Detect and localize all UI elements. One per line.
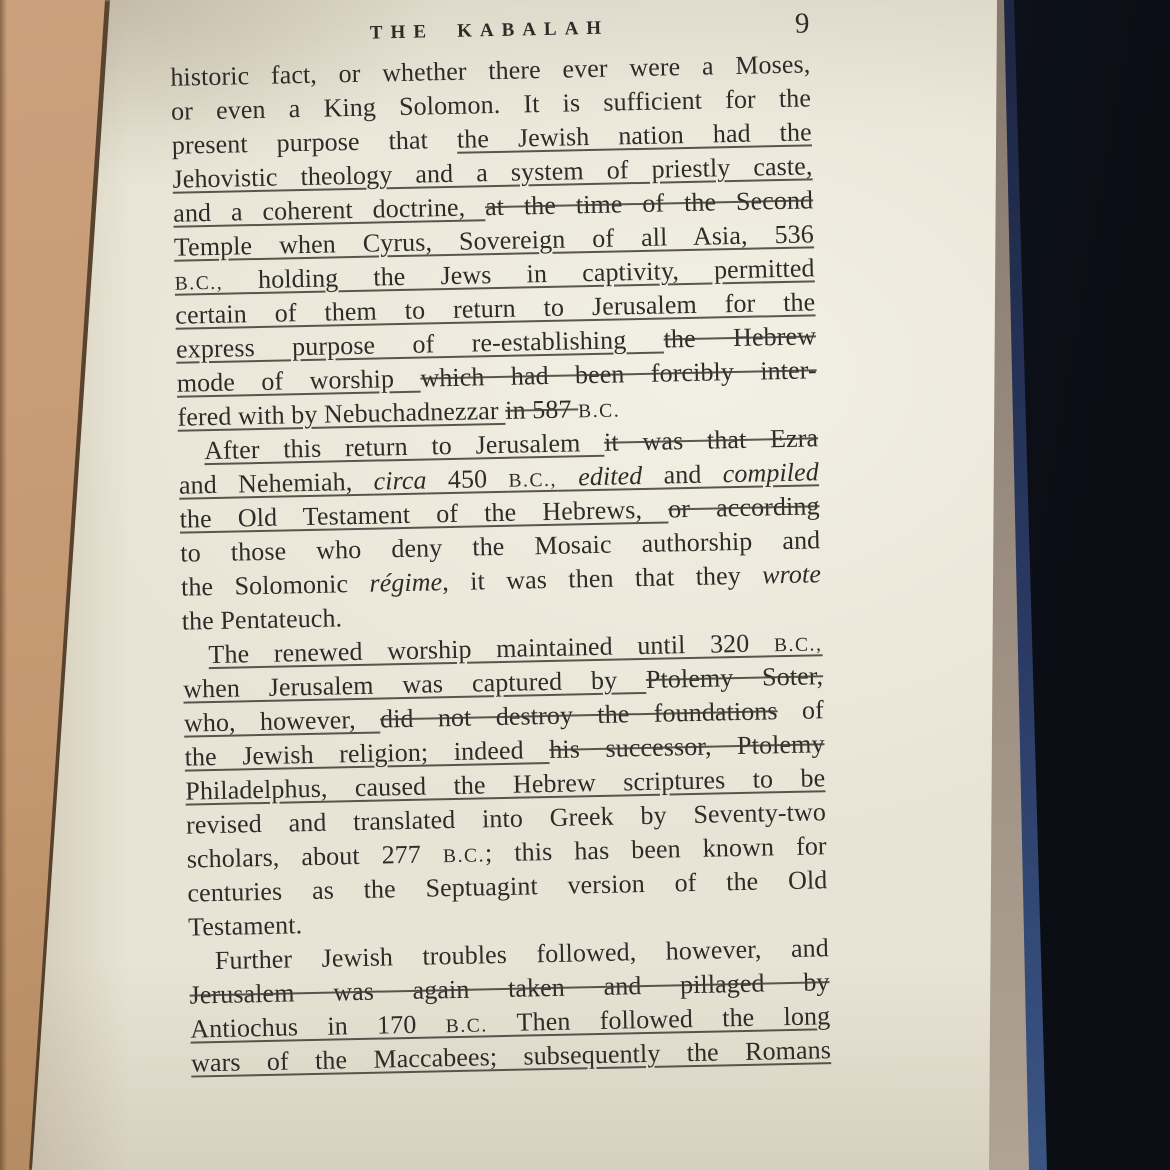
running-head-title: THE KABALAH xyxy=(169,13,809,48)
text-segment: B.C., xyxy=(175,272,259,295)
text-segment: After this return to Jerusalem xyxy=(204,428,605,465)
text-lines: historic fact, or whether there ever wer… xyxy=(170,47,831,1080)
text-segment: and xyxy=(642,459,723,490)
text-segment: at the time of the Second xyxy=(485,185,814,221)
page-number: 9 xyxy=(795,7,810,40)
text-segment: or according xyxy=(668,491,820,523)
text-segment: and a coherent doctrine, xyxy=(173,192,485,228)
text-segment: edited xyxy=(578,461,643,491)
photo-of-book-page: THE KABALAH 9 historic fact, or whether … xyxy=(0,0,1170,1170)
text-segment: present purpose that xyxy=(172,125,458,160)
text-segment: compiled xyxy=(722,457,819,488)
text-segment: and Nehemiah, xyxy=(179,467,374,500)
text-segment: Then followed the long xyxy=(487,1001,830,1037)
text-segment: ; this has been known for xyxy=(485,831,827,867)
text-segment: who, however, xyxy=(184,705,381,738)
text-segment: B.C. xyxy=(578,400,620,422)
text-segment: which had been forcibly inter- xyxy=(420,355,817,392)
text-segment: B.C. xyxy=(446,1015,488,1037)
text-segment xyxy=(557,462,579,491)
text-segment: Testament. xyxy=(188,910,303,941)
text-segment: the Hebrew xyxy=(663,321,816,353)
text-segment: the Jewish nation had the xyxy=(457,117,812,153)
text-segment: Antiochus in 170 xyxy=(190,1009,446,1043)
text-segment: scholars, about 277 xyxy=(186,839,443,873)
text-segment: it was that Ezra xyxy=(604,423,819,456)
text-segment: fered with by Nebuchadnezzar xyxy=(177,396,505,432)
text-block: THE KABALAH 9 historic fact, or whether … xyxy=(169,5,831,1080)
text-segment: B.C. xyxy=(443,845,485,867)
text-segment: circa xyxy=(373,466,427,496)
text-segment: 450 xyxy=(426,464,508,495)
text-segment: , it was then that they xyxy=(442,561,763,597)
text-segment: in 587 xyxy=(505,394,579,425)
text-segment: mode of worship xyxy=(177,364,421,398)
text-segment: his successor, Ptolemy xyxy=(549,729,825,764)
text-segment: B.C., xyxy=(508,470,557,492)
text-segment: the Pentateuch. xyxy=(181,603,342,635)
text-segment: of xyxy=(777,695,824,725)
text-segment: régime xyxy=(369,567,442,598)
text-segment: wrote xyxy=(762,559,821,589)
text-segment: did not destroy the foundations xyxy=(380,696,778,733)
text-segment: Ptolemy Soter, xyxy=(646,661,824,694)
text-segment: the Jewish religion; indeed xyxy=(184,735,549,772)
page-header: THE KABALAH 9 xyxy=(169,5,810,54)
text-segment: the Solomonic xyxy=(181,569,370,602)
text-segment: B.C., xyxy=(774,634,823,656)
